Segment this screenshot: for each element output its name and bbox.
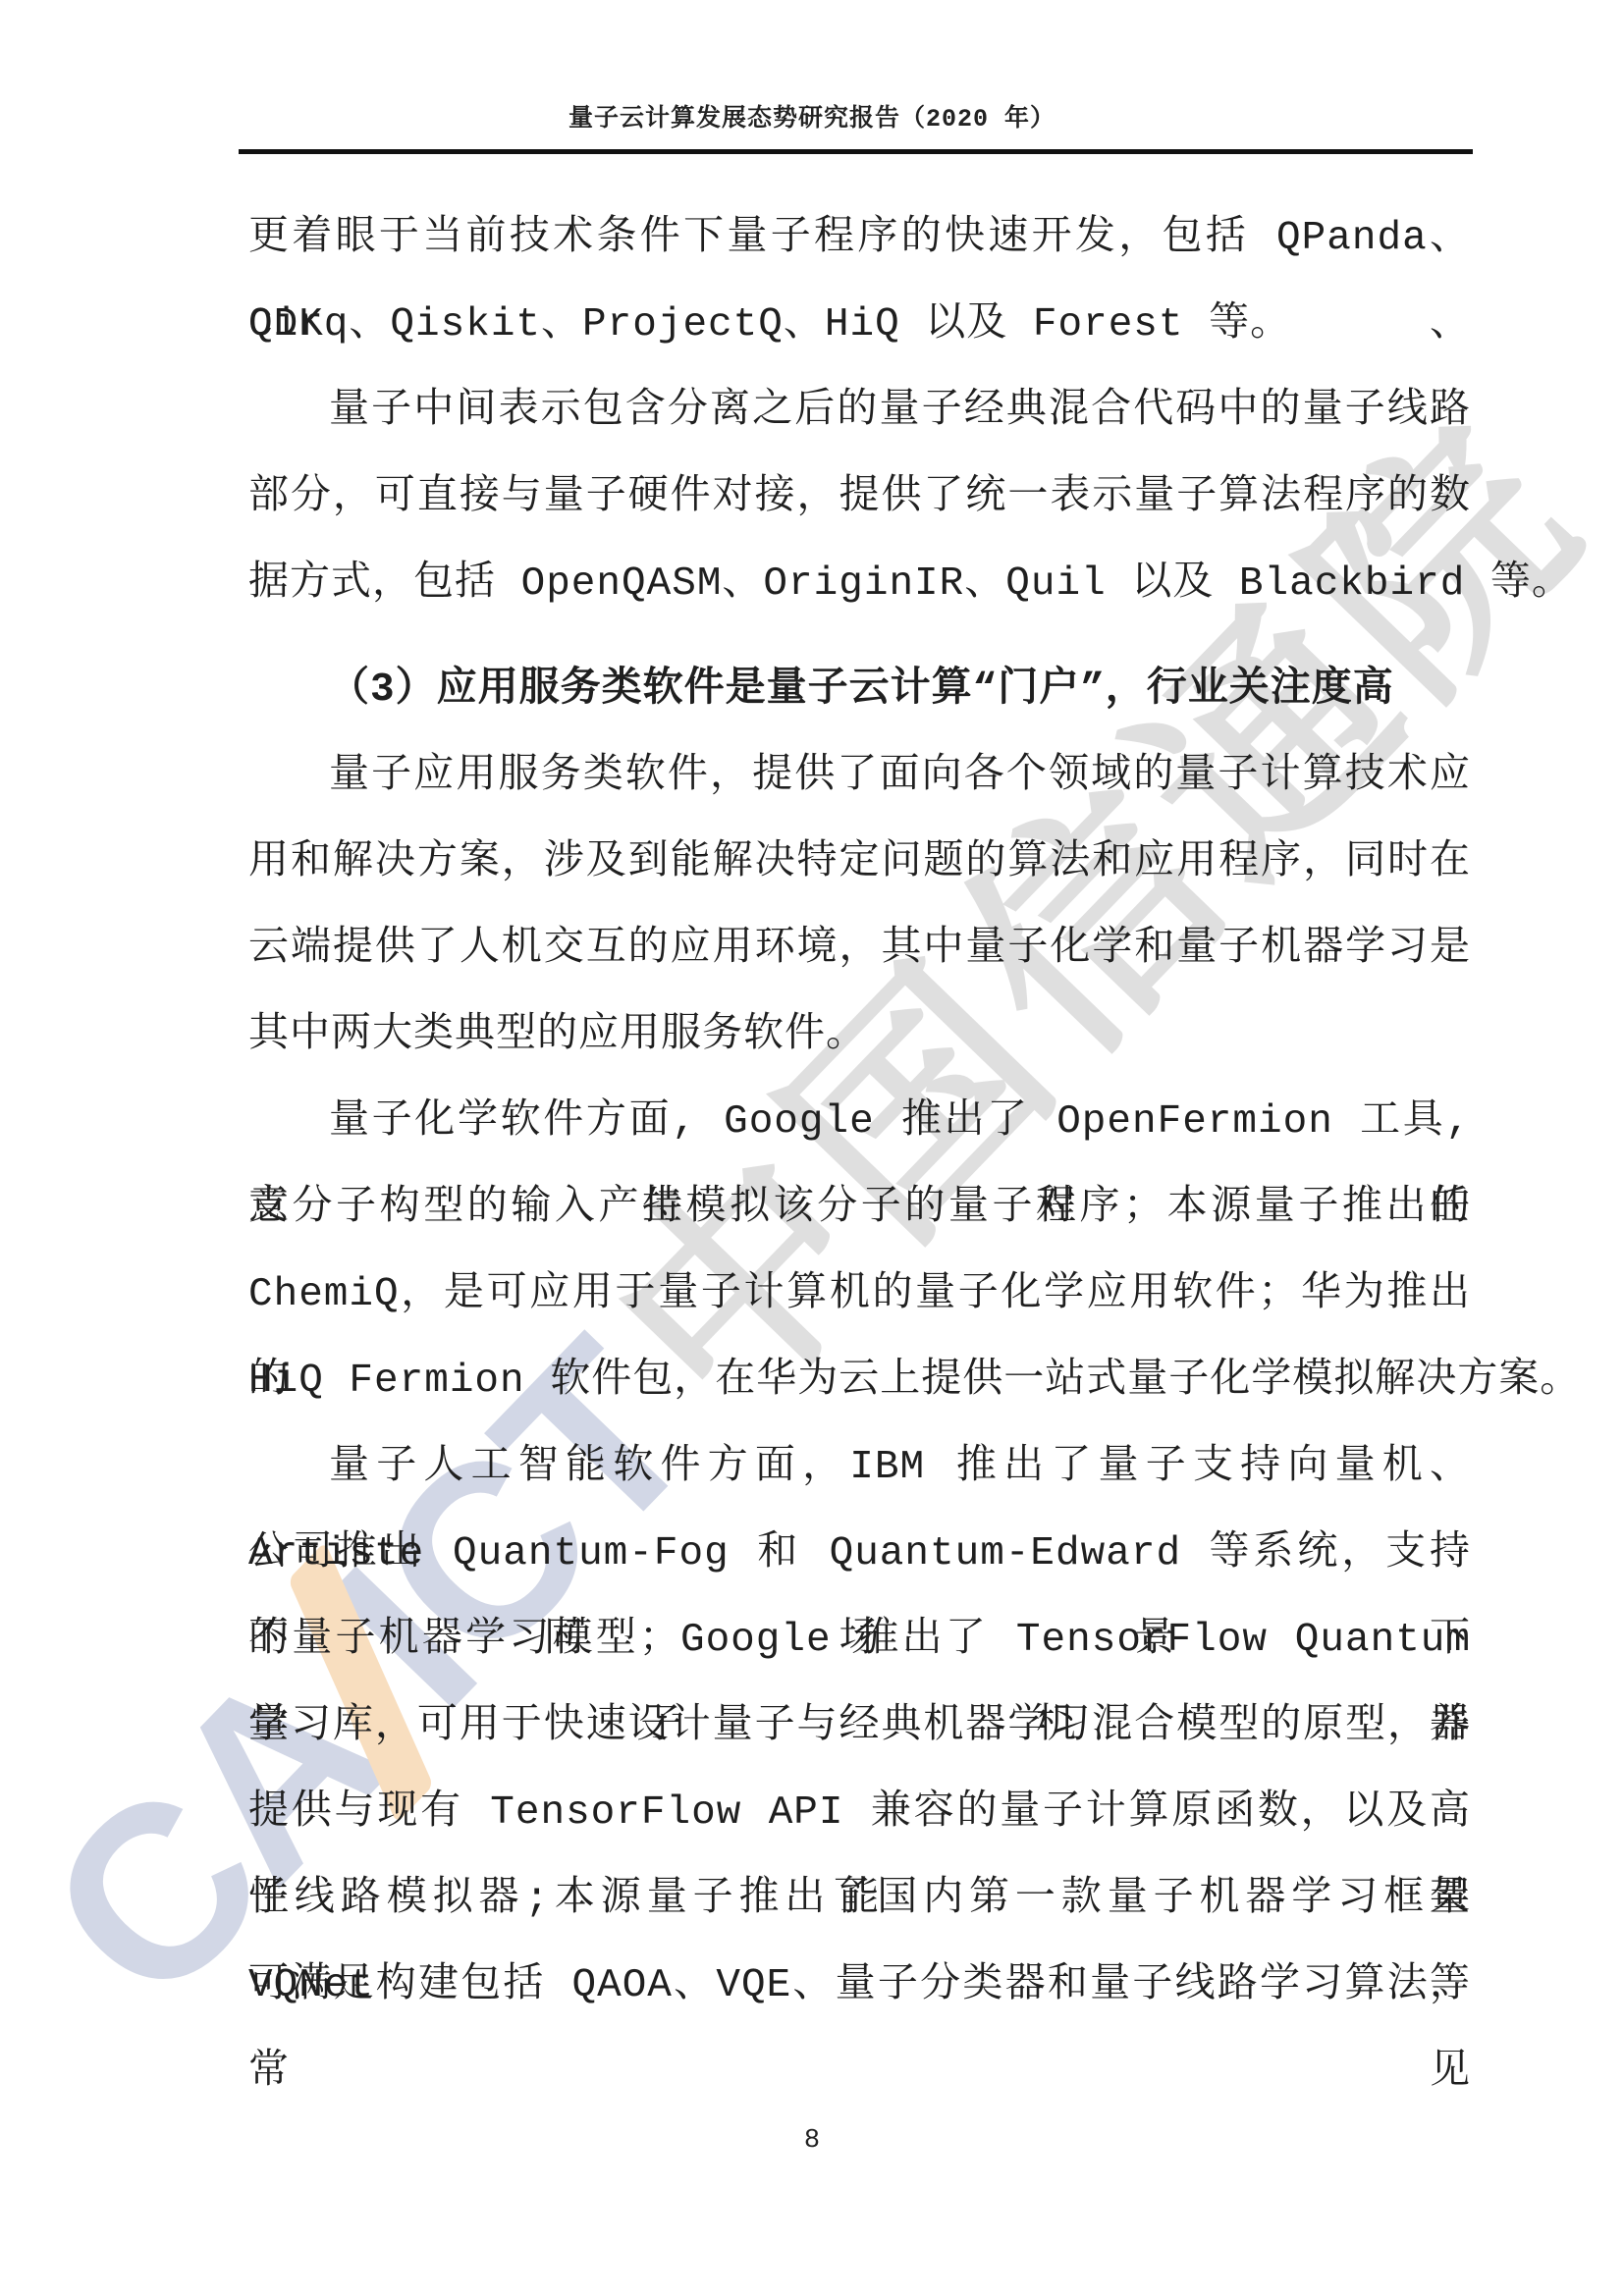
body-line: Cirq、Qiskit、ProjectQ、HiQ 以及 Forest 等。 [248,282,1471,368]
body-line: 量子应用服务类软件，提供了面向各个领域的量子计算技术应 [248,733,1471,820]
body-line: HiQ Fermion 软件包，在华为云上提供一站式量子化学模拟解决方案。 [248,1338,1471,1424]
body-line: 公司推出 Quantum-Fog 和 Quantum-Edward 等系统，支持… [248,1511,1471,1597]
body-line: 提供与现有 TensorFlow API 兼容的量子计算原函数，以及高性能量 [248,1770,1471,1856]
header-rule [239,149,1473,154]
body-line: 云端提供了人机交互的应用环境，其中量子化学和量子机器学习是 [248,906,1471,992]
body-line: 部分，可直接与量子硬件对接，提供了统一表示量子算法程序的数 [248,454,1471,541]
body-line: 子线路模拟器;本源量子推出了国内第一款量子机器学习框架 VQNet， [248,1856,1471,1943]
body-line: ChemiQ，是可应用于量子计算机的量子化学应用软件；华为推出的 [248,1252,1471,1338]
body-line: 用和解决方案，涉及到能解决特定问题的算法和应用程序，同时在 [248,820,1471,906]
body-line: 学习库，可用于快速设计量子与经典机器学习混合模型的原型，并 [248,1683,1471,1770]
body-line: 量子中间表示包含分离之后的量子经典混合代码中的量子线路 [248,368,1471,454]
body-line: 其中两大类典型的应用服务软件。 [248,992,1471,1079]
body-line: 意分子构型的输入产生模拟该分子的量子程序；本源量子推出的 [248,1165,1471,1252]
body-line: 量子化学软件方面, Google 推出了 OpenFermion 工具, 支持对… [248,1079,1471,1165]
body-line: 据方式，包括 OpenQASM、OriginIR、Quil 以及 Blackbi… [248,541,1471,627]
document-page: CA ICT 中国信通院 量子云计算发展态势研究报告（2020 年） 更着眼于当… [0,0,1624,2296]
body-line: 的量子机器学习模型；Google 推出了 TensorFlow Quantum … [248,1597,1471,1683]
body-text: 更着眼于当前技术条件下量子程序的快速开发，包括 QPanda、QDK、 Cirq… [248,195,1471,2029]
body-line: 量子人工智能软件方面，IBM 推出了量子支持向量机、Artiste [248,1424,1471,1511]
page-number: 8 [0,2126,1624,2156]
section-heading: （3）应用服务类软件是量子云计算“门户”，行业关注度高 [248,647,1471,733]
body-line: 可满足构建包括 QAOA、VQE、量子分类器和量子线路学习算法等常见 [248,1943,1471,2029]
body-line: 更着眼于当前技术条件下量子程序的快速开发，包括 QPanda、QDK、 [248,195,1471,282]
page-header-title: 量子云计算发展态势研究报告（2020 年） [0,98,1624,133]
